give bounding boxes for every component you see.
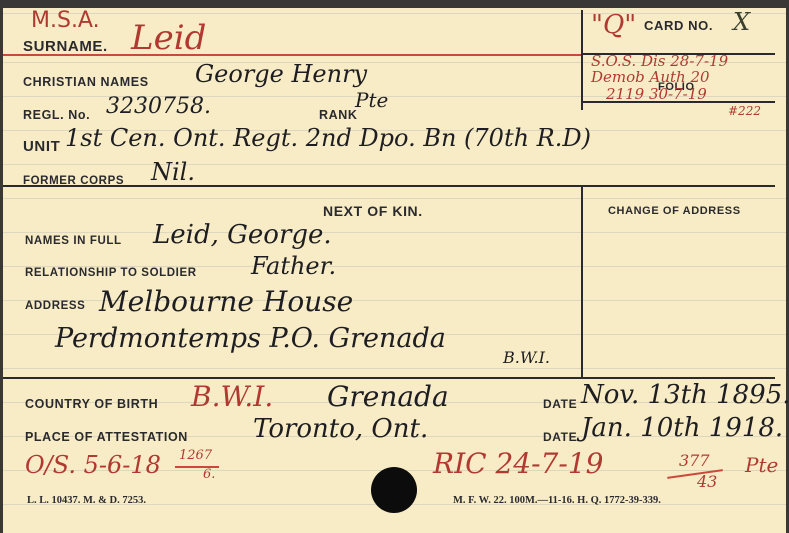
address-line-2: Perdmontemps P.O. Grenada bbox=[55, 323, 446, 354]
country-of-birth-red: B.W.I. bbox=[191, 380, 273, 413]
unit-label: UNIT bbox=[23, 138, 60, 155]
surname-red-rule bbox=[3, 54, 583, 56]
surname-label: SURNAME. bbox=[23, 38, 108, 55]
birth-date-value: Nov. 13th 1895. bbox=[581, 380, 789, 410]
card-no-prefix: "Q" bbox=[591, 10, 636, 40]
folio-note-4: #222 bbox=[728, 104, 761, 118]
relationship-label: RELATIONSHIP TO SOLDIER bbox=[25, 267, 197, 279]
change-of-address-divider bbox=[581, 187, 583, 379]
address-line-3: B.W.I. bbox=[503, 348, 550, 367]
place-of-attestation-value: Toronto, Ont. bbox=[253, 414, 428, 444]
birth-date-label: DATE bbox=[543, 397, 577, 411]
regl-no-label: REGL. No. bbox=[23, 108, 90, 122]
christian-names-label: CHRISTIAN NAMES bbox=[23, 75, 149, 89]
change-of-address-heading: CHANGE OF ADDRESS bbox=[608, 205, 741, 217]
attestation-date-label: DATE bbox=[543, 430, 577, 444]
surname-value: Leid bbox=[131, 18, 206, 58]
card-no-box-left bbox=[581, 10, 583, 110]
msa-stamp: M.S.A. bbox=[31, 8, 100, 33]
annotation-right-suffix: Pte bbox=[745, 453, 778, 477]
nok-section-divider bbox=[3, 377, 775, 379]
country-of-birth-label: COUNTRY OF BIRTH bbox=[25, 397, 158, 411]
attestation-date-value: Jan. 10th 1918. bbox=[581, 413, 783, 443]
country-of-birth-value: Grenada bbox=[327, 380, 449, 413]
folio-box-bottom bbox=[581, 101, 775, 103]
annotation-left-fraction-top: 1267 bbox=[179, 448, 212, 463]
nok-names-value: Leid, George. bbox=[153, 220, 332, 250]
unit-value: 1st Cen. Ont. Regt. 2nd Dpo. Bn (70th R.… bbox=[65, 124, 591, 152]
annotation-right-fraction-bottom: 43 bbox=[697, 472, 717, 491]
place-of-attestation-label: PLACE OF ATTESTATION bbox=[25, 430, 188, 444]
top-section-divider bbox=[3, 185, 775, 187]
rank-value: Pte bbox=[355, 88, 388, 112]
address-line-1: Melbourne House bbox=[99, 285, 353, 318]
imprint-right: M. F. W. 22. 100M.—11-16. H. Q. 1772-39-… bbox=[453, 495, 661, 506]
regl-no-value: 3230758. bbox=[106, 94, 211, 119]
service-record-card: M.S.A. SURNAME. Leid "Q" CARD NO. X FOLI… bbox=[3, 8, 786, 533]
folio-note-2: Demob Auth 20 bbox=[591, 68, 710, 86]
christian-names-value: George Henry bbox=[195, 60, 367, 88]
annotation-right-fraction-top: 377 bbox=[679, 451, 710, 470]
former-corps-value: Nil. bbox=[151, 158, 195, 186]
rank-label: RANK bbox=[319, 108, 358, 122]
imprint-left: L. L. 10437. M. & D. 7253. bbox=[27, 495, 146, 506]
annotation-left-fraction-bottom: 6. bbox=[203, 467, 215, 482]
card-no-label: CARD NO. bbox=[644, 18, 713, 33]
card-no-value: X bbox=[733, 8, 750, 36]
annotation-right: RIC 24-7-19 bbox=[433, 447, 603, 480]
relationship-value: Father. bbox=[251, 252, 336, 280]
punch-hole bbox=[371, 467, 417, 513]
address-label: ADDRESS bbox=[25, 300, 85, 312]
next-of-kin-heading: NEXT OF KIN. bbox=[323, 203, 423, 219]
annotation-left: O/S. 5-6-18 bbox=[25, 451, 161, 479]
nok-names-label: NAMES IN FULL bbox=[25, 235, 122, 247]
